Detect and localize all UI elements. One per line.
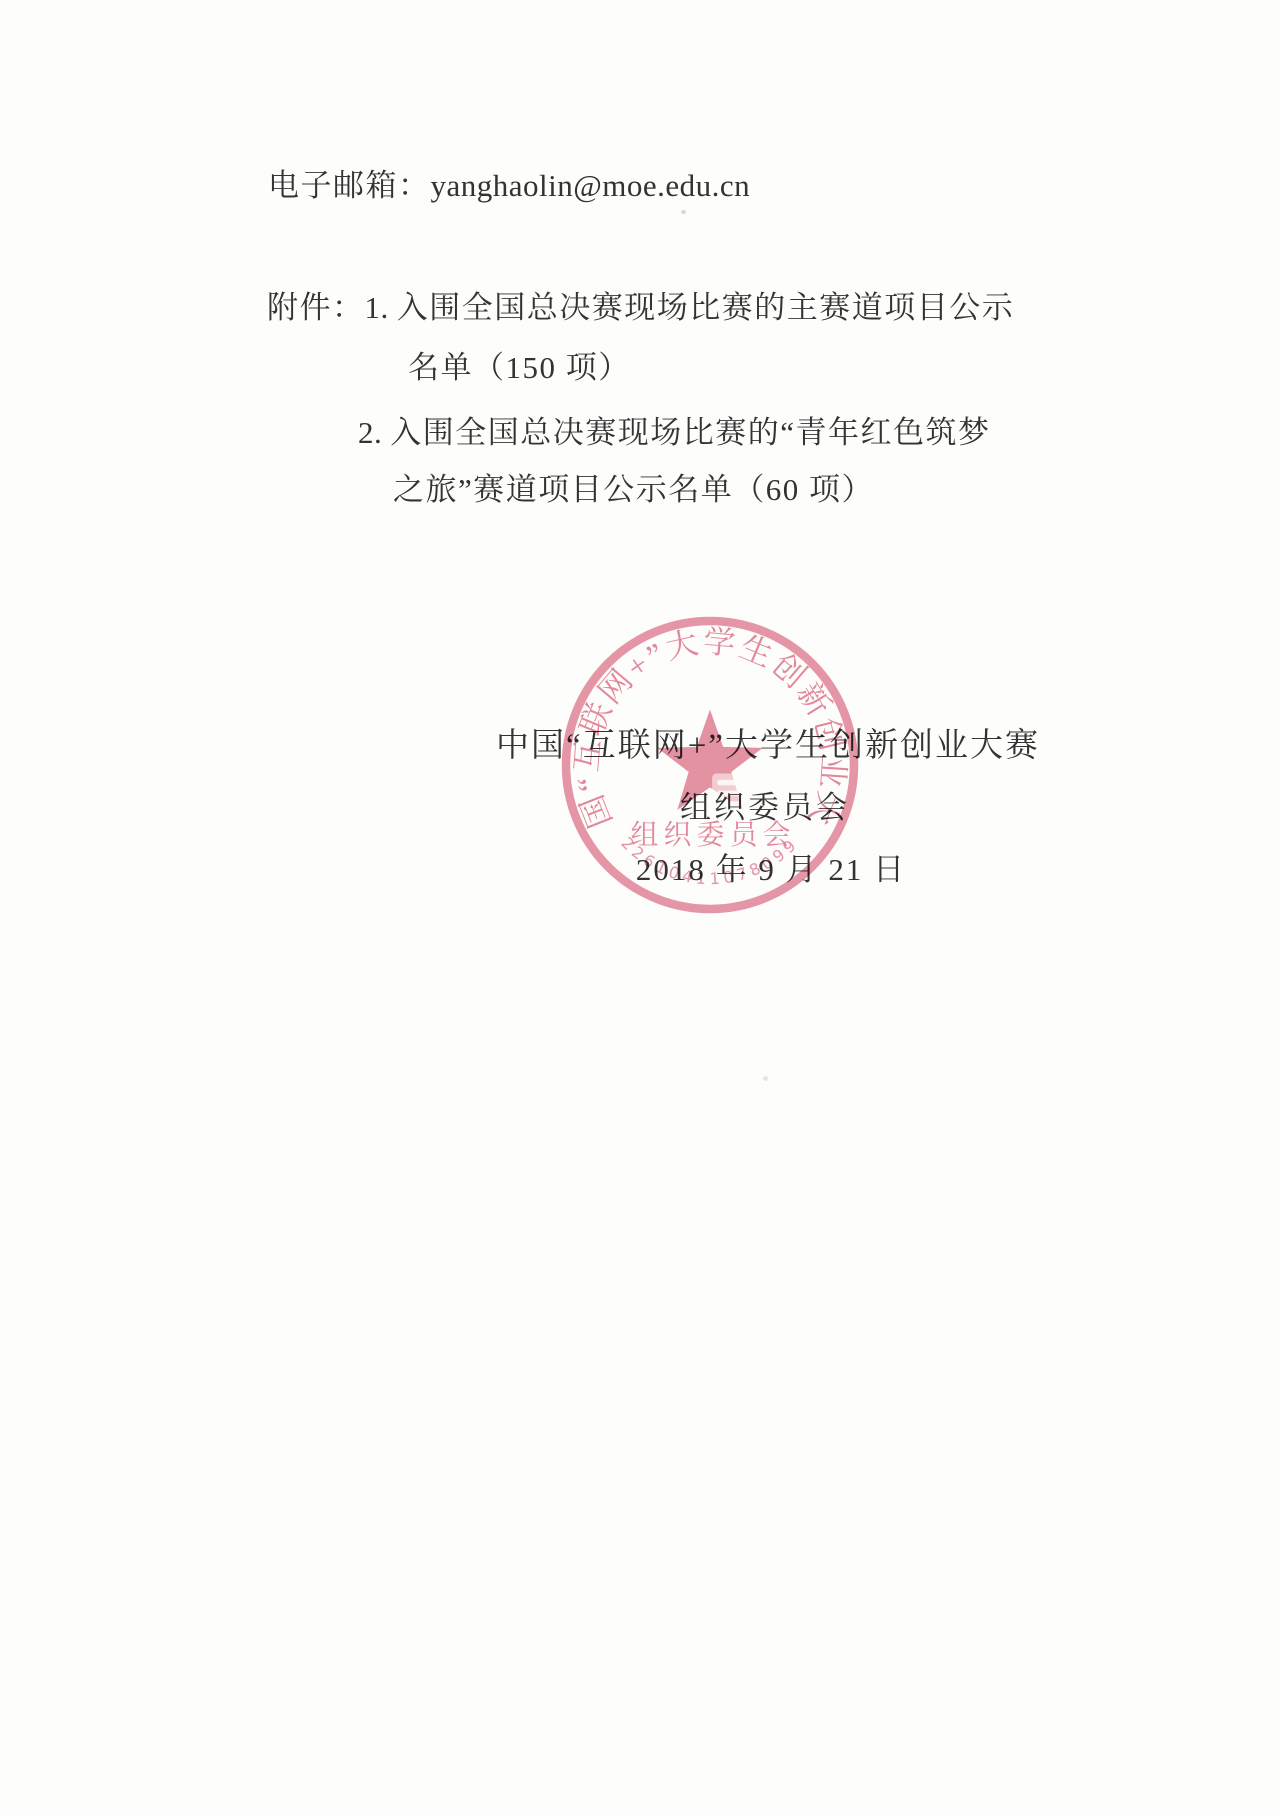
email-label: 电子邮箱：: [268, 168, 431, 203]
signature-org-line-1: 中国“互联网+”大学生创新创业大赛: [496, 727, 1040, 767]
attachment-item-2-line-2: 之旅”赛道项目公示名单（60 项）: [393, 471, 874, 508]
document-page: 电子邮箱：yanghaolin@moe.edu.cn 附件：1.入围全国总决赛现…: [0, 0, 1280, 1815]
attachment-item-2-line-1: 2.入围全国总决赛现场比赛的“青年红色筑梦: [358, 414, 991, 451]
attachment-2-text: 入围全国总决赛现场比赛的“青年红色筑梦: [390, 415, 990, 450]
email-address: yanghaolin@moe.edu.cn: [431, 168, 751, 203]
attachments-label: 附件：: [267, 290, 365, 325]
attachment-2-number: 2.: [358, 414, 382, 451]
attachment-item-1-line-1: 附件：1.入围全国总决赛现场比赛的主赛道项目公示: [267, 289, 1014, 326]
signature-org-line-2: 组织委员会: [680, 789, 850, 826]
attachment-1-text: 入围全国总决赛现场比赛的主赛道项目公示: [397, 290, 1015, 325]
scan-speck: [681, 210, 686, 214]
signature-date: 2018 年 9 月 21 日: [636, 851, 906, 888]
attachment-item-1-line-2: 名单（150 项）: [408, 349, 631, 386]
email-line: 电子邮箱：yanghaolin@moe.edu.cn: [268, 167, 750, 204]
attachment-1-number: 1.: [365, 289, 389, 326]
scan-speck: [763, 1076, 768, 1081]
